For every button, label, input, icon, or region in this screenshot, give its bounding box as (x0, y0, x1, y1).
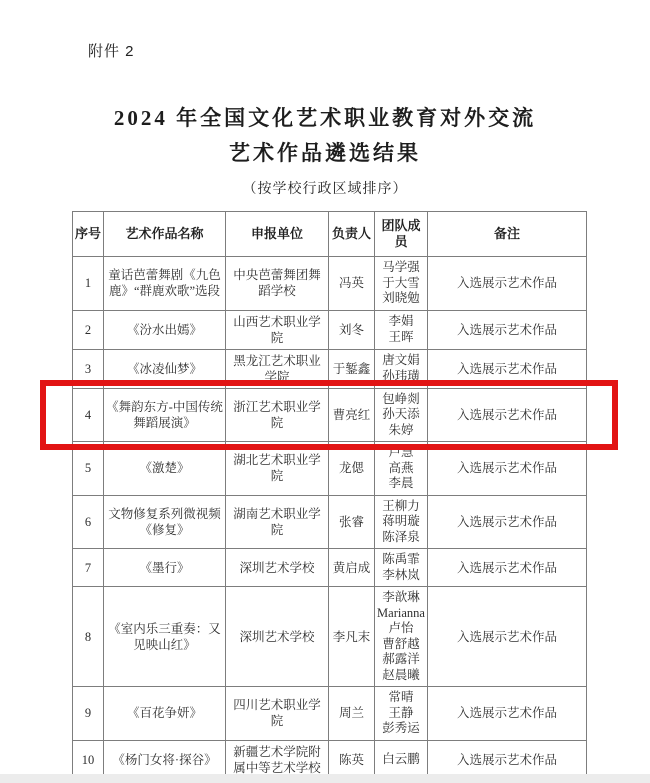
cell-leader: 刘冬 (329, 310, 375, 349)
document-subtitle: （按学校行政区域排序） (0, 178, 650, 198)
member-name: 彭秀运 (377, 721, 425, 737)
member-name: 李歆琳 (377, 590, 425, 606)
cell-note: 入选展示艺术作品 (428, 349, 587, 388)
cell-note: 入选展示艺术作品 (428, 442, 587, 496)
cell-no: 9 (73, 687, 104, 741)
cell-title: 《百花争妍》 (104, 687, 226, 741)
scan-edge (0, 774, 650, 783)
member-name: 李娟 (377, 314, 425, 330)
member-name: 郝露洋 (377, 652, 425, 668)
table-row: 4《舞韵东方-中国传统舞蹈展演》浙江艺术职业学院曹亮红包峥剡孙天添朱婷入选展示艺… (73, 388, 587, 442)
header-unit: 申报单位 (226, 212, 329, 257)
attachment-label: 附件 2 (0, 0, 650, 61)
member-name: 曹舒越 (377, 637, 425, 653)
header-note: 备注 (428, 212, 587, 257)
cell-title: 《汾水出嫣》 (104, 310, 226, 349)
cell-title: 《冰凌仙梦》 (104, 349, 226, 388)
cell-no: 1 (73, 257, 104, 311)
cell-members: 卢慧高燕李晨 (375, 442, 428, 496)
member-name: 卢怡 (377, 621, 425, 637)
cell-unit: 深圳艺术学校 (226, 587, 329, 687)
cell-title: 《激楚》 (104, 442, 226, 496)
cell-note: 入选展示艺术作品 (428, 687, 587, 741)
cell-leader: 龙偲 (329, 442, 375, 496)
member-name: 王晖 (377, 330, 425, 346)
member-name: 于大雪 (377, 276, 425, 292)
cell-note: 入选展示艺术作品 (428, 495, 587, 549)
cell-note: 入选展示艺术作品 (428, 388, 587, 442)
member-name: 王柳力 (377, 499, 425, 515)
document-page: 附件 2 2024 年全国文化艺术职业教育对外交流 艺术作品遴选结果 （按学校行… (0, 0, 650, 783)
member-name: 李晨 (377, 476, 425, 492)
header-no: 序号 (73, 212, 104, 257)
member-name: 陈泽泉 (377, 530, 425, 546)
table-row: 9《百花争妍》四川艺术职业学院周兰常晴王静彭秀运入选展示艺术作品 (73, 687, 587, 741)
member-name: 唐文娟 (377, 353, 425, 369)
table-row: 7《墨行》深圳艺术学校黄启成陈禹霏李林岚入选展示艺术作品 (73, 549, 587, 587)
cell-leader: 张睿 (329, 495, 375, 549)
cell-title: 文物修复系列微视频《修复》 (104, 495, 226, 549)
cell-leader: 冯英 (329, 257, 375, 311)
table-row: 2《汾水出嫣》山西艺术职业学院刘冬李娟王晖入选展示艺术作品 (73, 310, 587, 349)
cell-members: 王柳力蒋明璇陈泽泉 (375, 495, 428, 549)
table-row: 6文物修复系列微视频《修复》湖南艺术职业学院张睿王柳力蒋明璇陈泽泉入选展示艺术作… (73, 495, 587, 549)
document-title: 2024 年全国文化艺术职业教育对外交流 艺术作品遴选结果 (0, 101, 650, 171)
cell-no: 5 (73, 442, 104, 496)
member-name: 刘晓勉 (377, 291, 425, 307)
cell-title: 《墨行》 (104, 549, 226, 587)
member-name: 孙天添 (377, 407, 425, 423)
member-name: 白云鹏 (377, 752, 425, 768)
cell-members: 李娟王晖 (375, 310, 428, 349)
cell-members: 李歆琳Marianna卢怡曹舒越郝露洋赵晨曦 (375, 587, 428, 687)
table-row: 5《激楚》湖北艺术职业学院龙偲卢慧高燕李晨入选展示艺术作品 (73, 442, 587, 496)
cell-members: 陈禹霏李林岚 (375, 549, 428, 587)
title-line-1: 2024 年全国文化艺术职业教育对外交流 (0, 101, 650, 136)
member-name: 高燕 (377, 461, 425, 477)
member-name: 蒋明璇 (377, 514, 425, 530)
member-name: 赵晨曦 (377, 668, 425, 684)
cell-members: 唐文娟孙玮璜 (375, 349, 428, 388)
cell-members: 马学强于大雪刘晓勉 (375, 257, 428, 311)
table-header: 序号 艺术作品名称 申报单位 负责人 团队成员 备注 (73, 212, 587, 257)
cell-unit: 四川艺术职业学院 (226, 687, 329, 741)
header-row: 序号 艺术作品名称 申报单位 负责人 团队成员 备注 (73, 212, 587, 257)
cell-no: 6 (73, 495, 104, 549)
cell-unit: 黑龙江艺术职业学院 (226, 349, 329, 388)
member-name: 卢慧 (377, 445, 425, 461)
cell-no: 8 (73, 587, 104, 687)
header-title: 艺术作品名称 (104, 212, 226, 257)
cell-no: 2 (73, 310, 104, 349)
cell-leader: 黄启成 (329, 549, 375, 587)
cell-no: 7 (73, 549, 104, 587)
cell-members: 包峥剡孙天添朱婷 (375, 388, 428, 442)
member-name: Marianna (377, 606, 425, 622)
cell-unit: 深圳艺术学校 (226, 549, 329, 587)
title-line-2: 艺术作品遴选结果 (0, 136, 650, 171)
cell-unit: 湖北艺术职业学院 (226, 442, 329, 496)
cell-unit: 浙江艺术职业学院 (226, 388, 329, 442)
cell-note: 入选展示艺术作品 (428, 310, 587, 349)
cell-title: 《室内乐三重奏：又见映山红》 (104, 587, 226, 687)
cell-no: 4 (73, 388, 104, 442)
cell-leader: 曹亮红 (329, 388, 375, 442)
member-name: 王静 (377, 706, 425, 722)
table-row: 1童话芭蕾舞剧《九色鹿》“群鹿欢歌”选段中央芭蕾舞团舞蹈学校冯英马学强于大雪刘晓… (73, 257, 587, 311)
cell-note: 入选展示艺术作品 (428, 549, 587, 587)
table-row: 8《室内乐三重奏：又见映山红》深圳艺术学校李凡末李歆琳Marianna卢怡曹舒越… (73, 587, 587, 687)
table-body: 1童话芭蕾舞剧《九色鹿》“群鹿欢歌”选段中央芭蕾舞团舞蹈学校冯英马学强于大雪刘晓… (73, 257, 587, 780)
table-row: 3《冰凌仙梦》黑龙江艺术职业学院于錾鑫唐文娟孙玮璜入选展示艺术作品 (73, 349, 587, 388)
cell-note: 入选展示艺术作品 (428, 587, 587, 687)
cell-unit: 湖南艺术职业学院 (226, 495, 329, 549)
cell-unit: 山西艺术职业学院 (226, 310, 329, 349)
header-leader: 负责人 (329, 212, 375, 257)
member-name: 孙玮璜 (377, 369, 425, 385)
results-table: 序号 艺术作品名称 申报单位 负责人 团队成员 备注 1童话芭蕾舞剧《九色鹿》“… (72, 211, 587, 780)
cell-leader: 于錾鑫 (329, 349, 375, 388)
member-name: 马学强 (377, 260, 425, 276)
member-name: 包峥剡 (377, 392, 425, 408)
cell-members: 常晴王静彭秀运 (375, 687, 428, 741)
cell-no: 3 (73, 349, 104, 388)
member-name: 李林岚 (377, 568, 425, 584)
cell-leader: 周兰 (329, 687, 375, 741)
cell-leader: 李凡末 (329, 587, 375, 687)
cell-title: 童话芭蕾舞剧《九色鹿》“群鹿欢歌”选段 (104, 257, 226, 311)
header-members: 团队成员 (375, 212, 428, 257)
cell-unit: 中央芭蕾舞团舞蹈学校 (226, 257, 329, 311)
member-name: 陈禹霏 (377, 552, 425, 568)
cell-note: 入选展示艺术作品 (428, 257, 587, 311)
member-name: 常晴 (377, 690, 425, 706)
member-name: 朱婷 (377, 423, 425, 439)
cell-title: 《舞韵东方-中国传统舞蹈展演》 (104, 388, 226, 442)
